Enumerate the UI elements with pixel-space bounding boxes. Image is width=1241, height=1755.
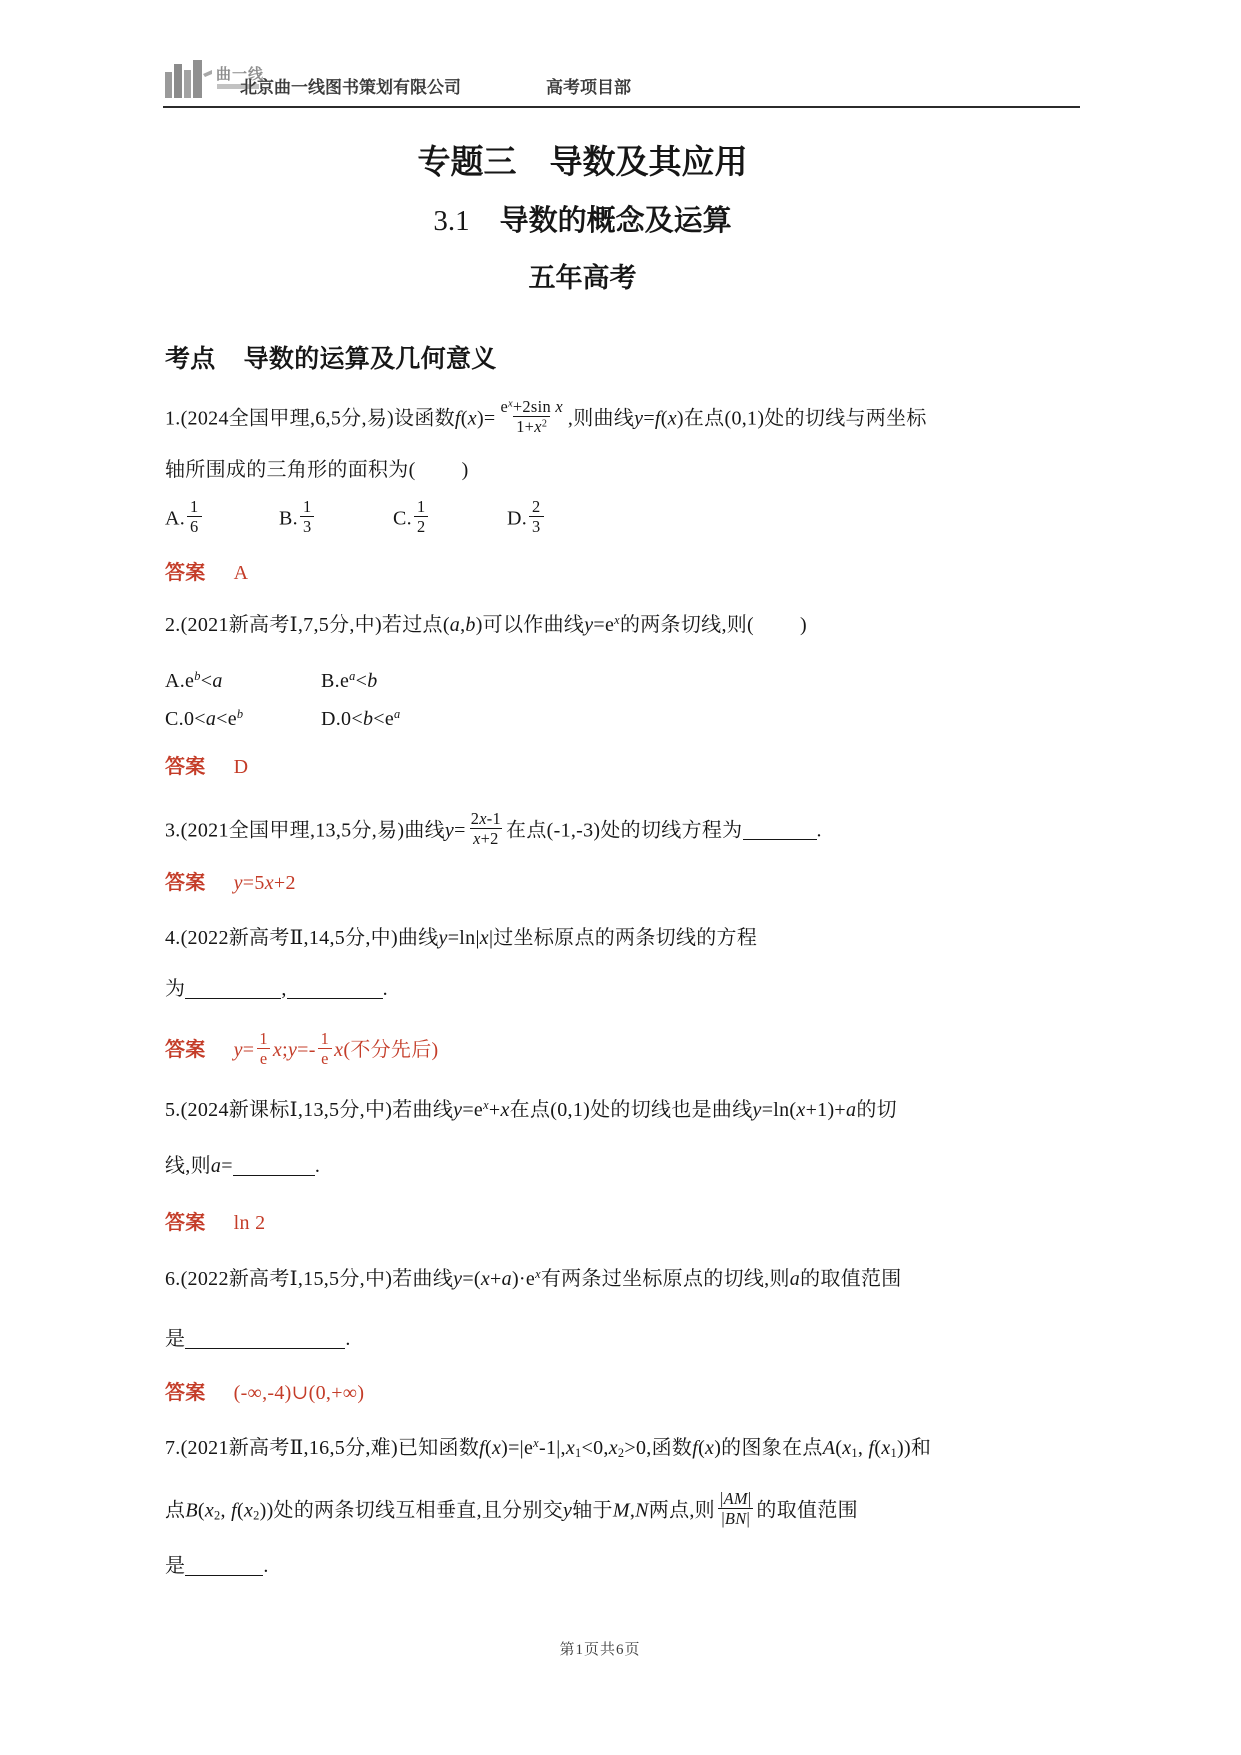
topic-heading: 考点导数的运算及几何意义: [165, 344, 1095, 376]
section-title: 3.1导数的概念及运算: [165, 198, 1000, 239]
option-c: C.0<a<eb: [165, 704, 321, 734]
option-a: A.16: [165, 500, 279, 540]
question-7-line-1: 7.(2021新高考Ⅱ,16,5分,难)已知函数f(x)=|ex-1|,x1<0…: [165, 1433, 1095, 1463]
question-3-line-1: 3.(2021全国甲理,13,5分,易)曲线y=2x-1x+2在点(-1,-3)…: [165, 812, 1095, 852]
question-5-line-1: 5.(2024新课标Ⅰ,13,5分,中)若曲线y=ex+x在点(0,1)处的切线…: [165, 1095, 1095, 1125]
section-number: 3.1: [433, 205, 469, 237]
header-company-name: 北京曲一线图书策划有限公司: [240, 73, 461, 98]
question-3-answer: 答案y=5x+2: [165, 868, 1095, 898]
question-6-line-1: 6.(2022新高考Ⅰ,15,5分,中)若曲线y=(x+a)·ex有两条过坐标原…: [165, 1264, 1095, 1294]
answer-value: A: [234, 562, 249, 584]
answer-value: D: [234, 756, 249, 778]
question-1-answer: 答案A: [165, 558, 1095, 588]
topic-title: 导数的运算及几何意义: [244, 345, 497, 373]
answer-label: 答案: [165, 1039, 206, 1061]
header-department: 高考项目部: [546, 73, 631, 98]
question-2-line-1: 2.(2021新高考Ⅰ,7,5分,中)若过点(a,b)可以作曲线y=ex的两条切…: [165, 610, 1095, 640]
answer-value: ln 2: [234, 1212, 266, 1234]
answer-value: (-∞,-4)∪(0,+∞): [234, 1382, 365, 1404]
question-4-line-2: 为,.: [165, 974, 1095, 1004]
question-7-line-3: 是.: [165, 1551, 1095, 1581]
question-2-options-row-1: A.eb<aB.ea<b: [165, 666, 1095, 696]
question-7-line-2: 点B(x2, f(x2))处的两条切线互相垂直,且分别交y轴于M,N两点,则|A…: [165, 1492, 1095, 1532]
question-5-line-2: 线,则a=.: [165, 1151, 1095, 1181]
question-2-options-row-2: C.0<a<ebD.0<b<ea: [165, 704, 1095, 734]
topic-label: 考点: [165, 345, 216, 373]
page-title: 专题三 导数及其应用: [165, 136, 1000, 183]
exam-block-title: 五年高考: [165, 256, 1000, 295]
answer-value: y=5x+2: [234, 872, 296, 894]
header-divider: [163, 106, 1080, 108]
question-6-answer: 答案(-∞,-4)∪(0,+∞): [165, 1378, 1095, 1408]
answer-label: 答案: [165, 872, 206, 894]
page-number: 第1页共6页: [210, 1638, 990, 1659]
question-2-answer: 答案D: [165, 752, 1095, 782]
question-1-line-1: 1.(2024全国甲理,6,5分,易)设函数f(x)=ex+2sin x1+x2…: [165, 400, 1095, 440]
answer-value: y=1ex;y=-1ex(不分先后): [234, 1039, 439, 1061]
question-1-options: A.16B.13C.12D.23: [165, 500, 1095, 540]
option-d: D.0<b<ea: [321, 704, 477, 734]
question-4-answer: 答案y=1ex;y=-1ex(不分先后): [165, 1032, 1095, 1072]
answer-label: 答案: [165, 1382, 206, 1404]
option-c: C.12: [393, 500, 507, 540]
option-a: A.eb<a: [165, 666, 321, 696]
option-b: B.13: [279, 500, 393, 540]
answer-label: 答案: [165, 756, 206, 778]
question-1-line-2: 轴所围成的三角形的面积为(): [165, 455, 1095, 485]
logo-books-icon: [163, 58, 213, 102]
option-b: B.ea<b: [321, 666, 477, 696]
question-5-answer: 答案ln 2: [165, 1208, 1095, 1238]
question-6-line-2: 是.: [165, 1324, 1095, 1354]
option-d: D.23: [507, 500, 621, 540]
answer-label: 答案: [165, 562, 206, 584]
question-4-line-1: 4.(2022新高考Ⅱ,14,5分,中)曲线y=ln|x|过坐标原点的两条切线的…: [165, 923, 1095, 953]
section-name: 导数的概念及运算: [500, 205, 732, 237]
answer-label: 答案: [165, 1212, 206, 1234]
